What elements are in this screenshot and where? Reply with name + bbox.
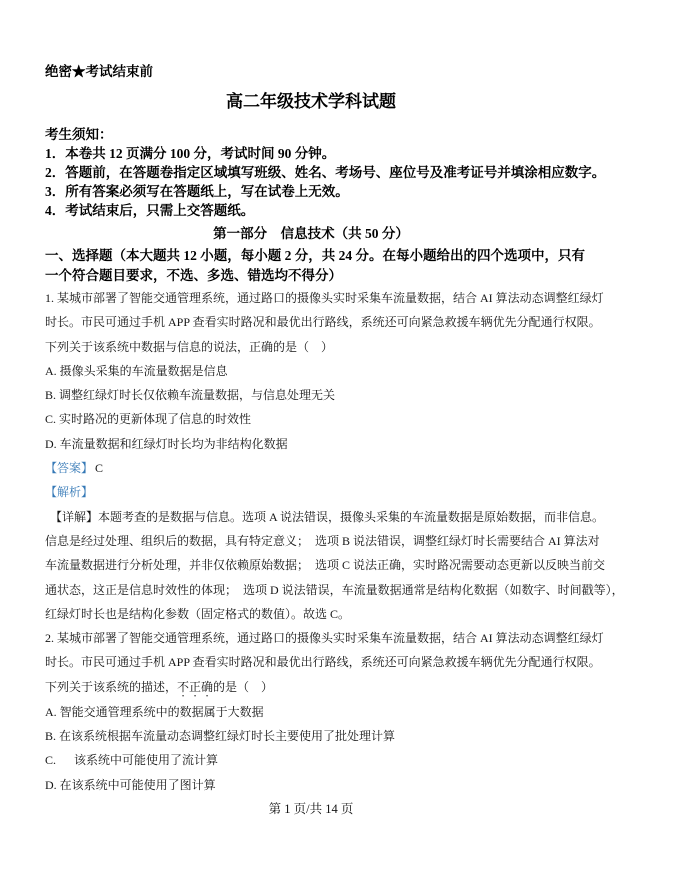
question-1-option-a: A. 摄像头采集的车流量数据是信息	[45, 359, 700, 383]
question-1-option-b: B. 调整红绿灯时长仅依赖车流量数据，与信息处理无关	[45, 383, 700, 407]
notice-item-3: 3．所有答案必须写在答题纸上，写在试卷上无效。	[45, 182, 577, 201]
question-2-option-c: C. 该系统中可能使用了流计算	[45, 748, 700, 772]
question-2-stem-line3-prefix: 下列关于该系统的描述，	[45, 680, 177, 694]
question-1-analysis-detail: 【详解】本题考查的是数据与信息。选项 A 说法错误，摄像头采集的车流量数据是原始…	[45, 505, 700, 626]
question-2-option-a: A. 智能交通管理系统中的数据属于大数据	[45, 700, 700, 724]
question-1-option-c: C. 实时路况的更新体现了信息的时效性	[45, 407, 700, 431]
notice-item-1: 1．本卷共 12 页满分 100 分，考试时间 90 分钟。	[45, 144, 577, 163]
questions-area: 1. 某城市部署了智能交通管理系统，通过路口的摄像头实时采集车流量数据，结合 A…	[45, 286, 700, 797]
notice-item-4: 4．考试结束后，只需上交答题纸。	[45, 201, 577, 220]
question-1-option-d: D. 车流量数据和红绿灯时长均为非结构化数据	[45, 432, 700, 456]
question-1-answer-row: 【答案】C	[45, 456, 700, 480]
multiple-choice-intro: 一、选择题（本大题共 12 小题，每小题 2 分，共 24 分。在每小题给出的四…	[45, 246, 700, 285]
exam-page: 绝密★考试结束前 高二年级技术学科试题 考生须知： 1．本卷共 12 页满分 1…	[0, 0, 700, 878]
question-2-stem: 2. 某城市部署了智能交通管理系统，通过路口的摄像头实时采集车流量数据，结合 A…	[45, 626, 700, 675]
answer-label: 【答案】	[45, 461, 93, 475]
emphasized-text: 不正确	[177, 680, 213, 694]
section-heading: 第一部分 信息技术（共 50 分）	[45, 224, 577, 243]
answer-value: C	[95, 461, 103, 475]
analysis-label: 【解析】	[45, 485, 93, 499]
security-classification: 绝密★考试结束前	[45, 63, 700, 80]
question-2-option-d: D. 在该系统中可能使用了图计算	[45, 773, 700, 797]
page-footer: 第 1 页/共 14 页	[45, 800, 577, 818]
notice-item-2: 2．答题前，在答题卷指定区域填写班级、姓名、考场号、座位号及准考证号并填涂相应数…	[45, 163, 577, 182]
notice-heading: 考生须知：	[45, 125, 577, 144]
question-2-stem-line3-suffix: 的是（ ）	[213, 680, 273, 694]
exam-title: 高二年级技术学科试题	[45, 89, 577, 114]
question-2-stem-line3: 下列关于该系统的描述，不正确的是（ ）	[45, 675, 700, 700]
question-2-option-b: B. 在该系统根据车流量动态调整红绿灯时长主要使用了批处理计算	[45, 724, 700, 748]
question-1-stem: 1. 某城市部署了智能交通管理系统，通过路口的摄像头实时采集车流量数据，结合 A…	[45, 286, 700, 359]
notice-block: 考生须知： 1．本卷共 12 页满分 100 分，考试时间 90 分钟。 2．答…	[45, 125, 577, 220]
question-1-analysis-row: 【解析】	[45, 480, 700, 504]
